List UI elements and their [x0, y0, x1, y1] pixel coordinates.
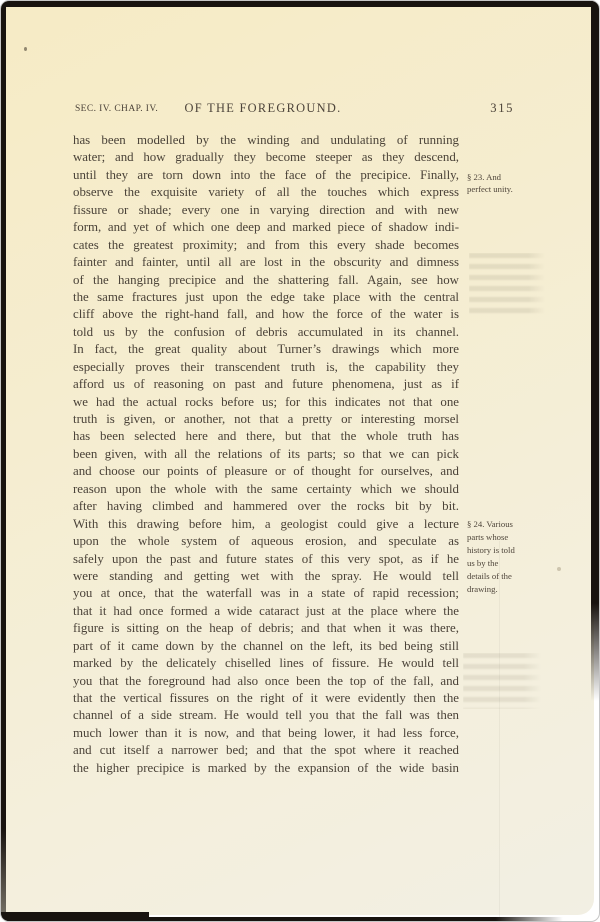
text-line: channel of a side stream. He would tell … — [73, 707, 459, 724]
margin-note-line: parts whose — [467, 531, 551, 544]
text-line: fainter and fainter, until all are lost … — [73, 254, 459, 271]
margin-note-line: history is told — [467, 544, 551, 557]
text-line: figure is sitting on the heap of debris;… — [73, 620, 459, 637]
text-line: were standing and getting wet with the s… — [73, 568, 459, 585]
text-line: until they are torn down into the face o… — [73, 167, 459, 184]
scan-speck-artifact — [24, 47, 27, 51]
text-line: after having climbed and hammered over t… — [73, 498, 459, 515]
text-line: that it had once formed a wide cataract … — [73, 603, 459, 620]
text-line: In fact, the great quality about Turner’… — [73, 341, 459, 358]
text-line: reason upon the whole with the same cert… — [73, 481, 459, 498]
scan-edge-artifact — [591, 1, 599, 701]
text-line: and choose our points of pleasure or of … — [73, 463, 459, 480]
text-line: much lower than it is now, and that bein… — [73, 725, 459, 742]
show-through-text-artifact — [463, 653, 541, 709]
page-crease-artifact — [499, 541, 500, 917]
text-line: upon the whole system of aqueous erosion… — [73, 533, 459, 550]
scan-edge-artifact — [1, 1, 599, 7]
scan-edge-artifact — [1, 912, 149, 921]
margin-note-line: details of the — [467, 570, 551, 583]
margin-note-line: § 24. Various — [467, 518, 551, 531]
margin-note-line: us by the — [467, 557, 551, 570]
text-line: the same fractures just upon the edge ta… — [73, 289, 459, 306]
margin-note-23: § 23. Andperfect unity. — [467, 171, 551, 196]
text-line: form, and yet of which one deep and mark… — [73, 219, 459, 236]
text-line: fissure or shade; every one in varying d… — [73, 202, 459, 219]
text-line: especially proves their transcendent tru… — [73, 359, 459, 376]
text-line: that the vertical fissures on the right … — [73, 690, 459, 707]
text-line: has been modelled by the winding and und… — [73, 132, 459, 149]
text-line: cates the greatest proximity; and from t… — [73, 237, 459, 254]
text-line: With this drawing before him, a geologis… — [73, 516, 459, 533]
text-line: cliff above the right-hand fall, and how… — [73, 306, 459, 323]
text-line: told us by the confusion of debris accum… — [73, 324, 459, 341]
scan-speck-artifact — [557, 567, 561, 571]
text-line: we had the actual rocks before us; for t… — [73, 394, 459, 411]
text-line: safely upon the past and future states o… — [73, 551, 459, 568]
text-line: observe the exquisite variety of all the… — [73, 184, 459, 201]
scanned-book-page: SEC. IV. CHAP. IV. OF THE FOREGROUND. 31… — [0, 0, 600, 922]
text-line: and cut itself a narrower bed; and that … — [73, 742, 459, 759]
body-text: has been modelled by the winding and und… — [73, 132, 459, 777]
text-line: been given, with all the relations of it… — [73, 446, 459, 463]
text-line: water; and how gradually they become ste… — [73, 149, 459, 166]
running-title: OF THE FOREGROUND. — [184, 101, 341, 116]
page-number: 315 — [490, 101, 514, 116]
text-line: of the hanging precipice and the shatter… — [73, 272, 459, 289]
margin-note-line: § 23. And — [467, 171, 551, 183]
text-line: you that the foreground had also once be… — [73, 673, 459, 690]
text-line: marked by the delicately chiselled lines… — [73, 655, 459, 672]
text-line: the higher precipice is marked by the ex… — [73, 760, 459, 777]
section-chapter-label: SEC. IV. CHAP. IV. — [75, 104, 158, 114]
margin-note-line: drawing. — [467, 583, 551, 596]
text-line: has been selected here and there, but th… — [73, 428, 459, 445]
text-line: you at once, that the waterfall was in a… — [73, 585, 459, 602]
text-line: afford us of reasoning on past and futur… — [73, 376, 459, 393]
screenshot-root: SEC. IV. CHAP. IV. OF THE FOREGROUND. 31… — [0, 0, 600, 922]
margin-note-24: § 24. Variousparts whosehistory is toldu… — [467, 518, 551, 595]
margin-note-line: perfect unity. — [467, 183, 551, 195]
text-line: part of it came down by the channel on t… — [73, 638, 459, 655]
scan-edge-artifact — [1, 1, 6, 921]
text-line: truth is given, or another, not that a p… — [73, 411, 459, 428]
show-through-text-artifact — [469, 253, 545, 317]
